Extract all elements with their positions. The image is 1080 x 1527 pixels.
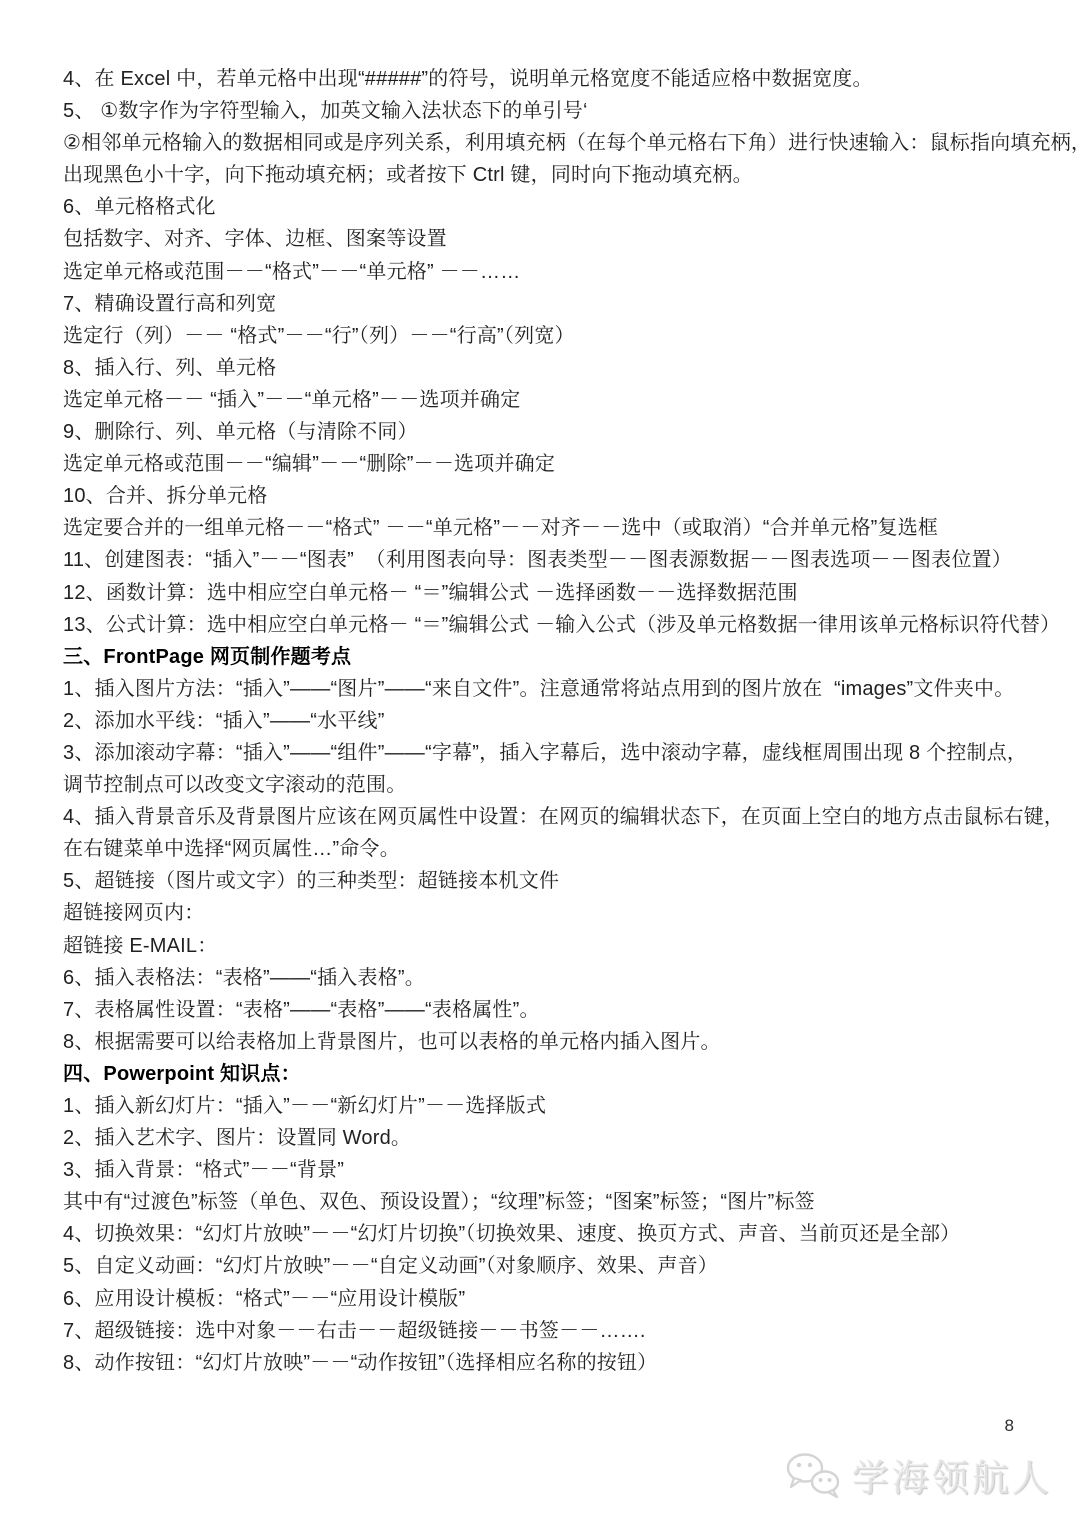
text-line: 8、插入行、列、单元格 [63,352,1053,384]
text-line: 6、单元格格式化 [63,191,1053,223]
text-line: 超链接 E-MAIL： [63,930,1053,962]
text-line: ②相邻单元格输入的数据相同或是序列关系，利用填充柄（在每个单元格右下角）进行快速… [63,127,1053,159]
watermark-text: 学海领航人 [852,1448,1052,1502]
section-heading: 四、Powerpoint 知识点： [63,1058,1053,1090]
text-line: 选定单元格或范围－－“格式”－－“单元格” －－…… [63,256,1053,288]
text-line: 11、创建图表：“插入”－－“图表” （利用图表向导：图表类型－－图表源数据－－… [63,544,1053,576]
text-line: 8、根据需要可以给表格加上背景图片，也可以表格的单元格内插入图片。 [63,1026,1053,1058]
text-line: 选定要合并的一组单元格－－“格式” －－“单元格”－－对齐－－选中（或取消）“合… [63,512,1053,544]
text-line: 调节控制点可以改变文字滚动的范围。 [63,769,1053,801]
text-line: 其中有“过渡色”标签（单色、双色、预设设置）；“纹理”标签；“图案”标签；“图片… [63,1186,1053,1218]
text-line: 3、插入背景：“格式”－－“背景” [63,1154,1053,1186]
text-line: 4、在 Excel 中，若单元格中出现“#####”的符号，说明单元格宽度不能适… [63,63,1053,95]
text-line: 7、超级链接：选中对象－－右击－－超级链接－－书签－－……. [63,1315,1053,1347]
text-line: 出现黑色小十字，向下拖动填充柄；或者按下 Ctrl 键，同时向下拖动填充柄。 [63,159,1053,191]
text-line: 选定单元格或范围－－“编辑”－－“删除”－－选项并确定 [63,448,1053,480]
text-line: 5、超链接（图片或文字）的三种类型：超链接本机文件 [63,865,1053,897]
text-line: 2、添加水平线：“插入”——“水平线” [63,705,1053,737]
text-line: 超链接网页内： [63,897,1053,929]
text-line: 5、 ①数字作为字符型输入，加英文输入法状态下的单引号‘ [63,95,1053,127]
text-line: 3、添加滚动字幕：“插入”——“组件”——“字幕”，插入字幕后，选中滚动字幕，虚… [63,737,1053,769]
text-line: 在右键菜单中选择“网页属性…”命令。 [63,833,1053,865]
text-line: 4、切换效果：“幻灯片放映”－－“幻灯片切换”（切换效果、速度、换页方式、声音、… [63,1218,1053,1250]
wechat-bubbles-icon [784,1451,842,1499]
text-line: 6、应用设计模板：“格式”－－“应用设计模版” [63,1283,1053,1315]
text-line: 4、插入背景音乐及背景图片应该在网页属性中设置：在网页的编辑状态下，在页面上空白… [63,801,1053,833]
text-line: 10、合并、拆分单元格 [63,480,1053,512]
page-number: 8 [1005,1414,1014,1438]
text-line: 包括数字、对齐、字体、边框、图案等设置 [63,223,1053,255]
text-line: 2、插入艺术字、图片：设置同 Word。 [63,1122,1053,1154]
document-body: 4、在 Excel 中，若单元格中出现“#####”的符号，说明单元格宽度不能适… [63,63,1053,1379]
text-line: 选定单元格－－ “插入”－－“单元格”－－选项并确定 [63,384,1053,416]
watermark: 学海领航人 [784,1448,1052,1502]
text-line: 1、插入新幻灯片：“插入”－－“新幻灯片”－－选择版式 [63,1090,1053,1122]
text-line: 13、公式计算：选中相应空白单元格－ “＝”编辑公式 －输入公式（涉及单元格数据… [63,609,1053,641]
text-line: 12、函数计算：选中相应空白单元格－ “＝”编辑公式 －选择函数－－选择数据范围 [63,577,1053,609]
text-line: 9、删除行、列、单元格（与清除不同） [63,416,1053,448]
section-heading: 三、FrontPage 网页制作题考点 [63,641,1053,673]
text-line: 7、表格属性设置：“表格”——“表格”——“表格属性”。 [63,994,1053,1026]
text-line: 8、动作按钮：“幻灯片放映”－－“动作按钮”（选择相应名称的按钮） [63,1347,1053,1379]
document-page: 4、在 Excel 中，若单元格中出现“#####”的符号，说明单元格宽度不能适… [0,0,1080,1527]
text-line: 7、精确设置行高和列宽 [63,288,1053,320]
text-line: 1、插入图片方法：“插入”——“图片”——“来自文件”。注意通常将站点用到的图片… [63,673,1053,705]
text-line: 5、自定义动画：“幻灯片放映”－－“自定义动画”（对象顺序、效果、声音） [63,1250,1053,1282]
text-line: 选定行（列）－－ “格式”－－“行”（列）－－“行高”（列宽） [63,320,1053,352]
text-line: 6、插入表格法：“表格”——“插入表格”。 [63,962,1053,994]
